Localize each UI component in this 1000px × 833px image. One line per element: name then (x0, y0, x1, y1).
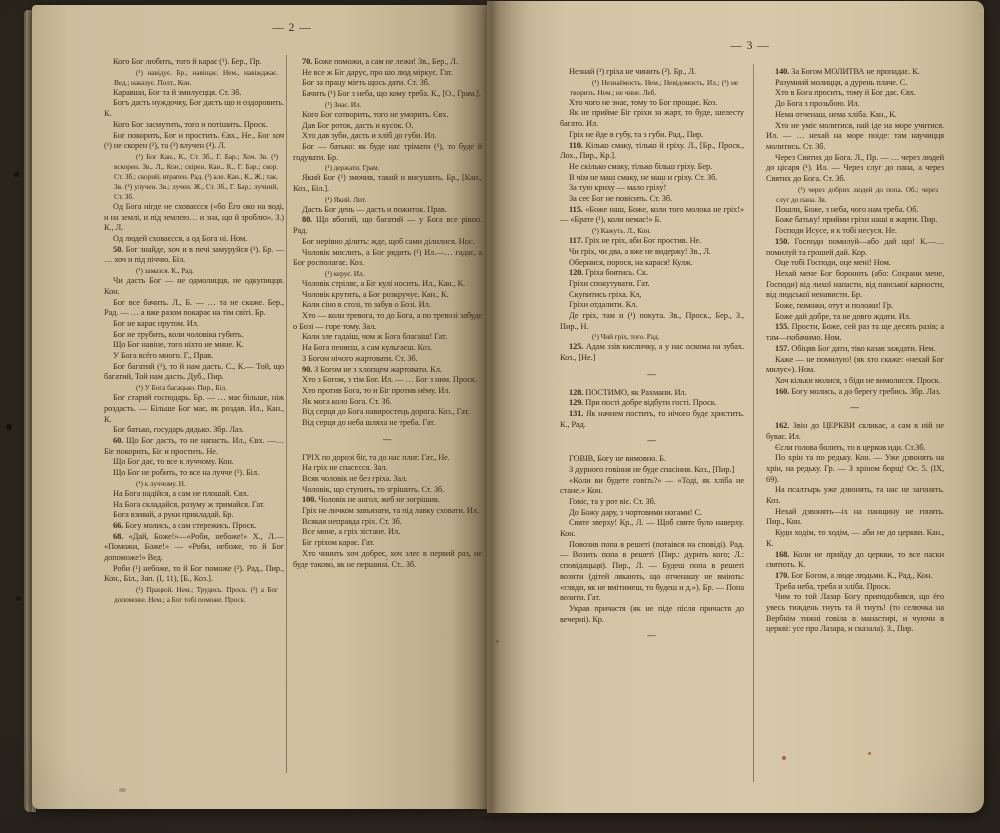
proverb-paragraph: Від серця до неба шляха не треба. Гат. (293, 418, 482, 429)
proverb-paragraph: 170. Бог Богом, а люде людьми. К., Рад.,… (766, 571, 944, 582)
page-number-left: — 2 — (104, 22, 480, 34)
proverb-paragraph: Бачить (¹) Бог з неба, що кому треба. К.… (293, 89, 482, 100)
proverb-paragraph: 129. При пості добре відбути гості. Прос… (560, 398, 744, 409)
proverb-paragraph: За тую криху́ — мало гріху́! (560, 183, 744, 194)
proverb-paragraph: Бог не карає прутом. Ил. (104, 319, 284, 330)
proverb-paragraph: 110. Кілько смаку, тілько й гріху. Л., [… (560, 141, 744, 162)
proverb-paragraph: Бог старий господарь. Бр. — … має більше… (104, 393, 284, 425)
proverb-paragraph: «Коли ви будете говіть?» — «Тоді, як хлі… (560, 476, 744, 497)
proverb-paragraph: Хто не уміє молитися, най іде на море уч… (766, 121, 944, 153)
column-divider-left-page (286, 55, 287, 773)
proverb-paragraph: 68. «Дай, Боже!»—«Роби, небоже!» Х., Л.—… (104, 532, 284, 564)
proverb-paragraph: Роби (¹) небоже, то й Бог поможе (²). Ра… (104, 564, 284, 585)
proverb-paragraph: Чоловік, що ступить, то згрішить. Ст. Зб… (293, 485, 482, 496)
text-column-3: Незнай (¹) гріха не чинить (²). Бр., Л.(… (560, 67, 744, 779)
background-speck (14, 172, 19, 177)
column-divider-right-page (753, 64, 754, 782)
proverb-paragraph: 115. «Боже наш, Боже, коли того молока н… (560, 205, 744, 226)
proverb-paragraph: Каравши, Бог та й змилуєцця. Ст. Зб. (104, 88, 284, 99)
proverb-paragraph: Не все ж Біг дарує, про шо люд міркує. Г… (293, 68, 482, 79)
proverb-paragraph: На гріх не спасесся. Зал. (293, 463, 482, 474)
proverb-paragraph: 162. Звін до ЦЕРКВИ скликає, а сам в ній… (766, 421, 944, 442)
book-spread: — 2 — — 3 — Кого Бог любить, того й кара… (24, 0, 988, 822)
proverb-paragraph: Незнай (¹) гріха не чинить (²). Бр., Л. (560, 67, 744, 78)
proverb-paragraph: Бог — батько: як буде нас трімати (¹), т… (293, 142, 482, 163)
proverb-paragraph: Говіє, та у рот віє. Ст. Зб. (560, 497, 744, 508)
proverb-paragraph: Від серця до Бога навиростець дорога. Ко… (293, 407, 482, 418)
proverb-paragraph: Бог батько, государь дядько. Збр. Лаз. (104, 425, 284, 436)
proverb-paragraph: Чи дасть Бог — не одмолицця, не одкупицц… (104, 276, 284, 297)
proverb-paragraph: Господи Исусе, я к тобі несуся. Не. (766, 226, 944, 237)
proverb-paragraph: 157. Обіцяв Бог дати, тіко казав заждати… (766, 344, 944, 355)
proverb-paragraph: Хто з Богом, з тім Бог. Ил. — … Бог з ни… (293, 375, 482, 386)
proverb-paragraph: Бог за працу міеть щось дати. Ст. Зб. (293, 78, 482, 89)
proverb-paragraph: Нехай дзвонять—іх на панщину не гонять. … (766, 507, 944, 528)
footnote: (¹) замазся. К., Рад. (104, 266, 284, 276)
proverb-paragraph: 90. З Богом не з хлопцем жартовати. Кл. (293, 365, 482, 376)
proverb-paragraph: Гріх не личком завъязати, та під лавку с… (293, 506, 482, 517)
proverb-paragraph: Украв причастя (як не піде після причаст… (560, 604, 744, 625)
proverb-paragraph: 168. Коли не прийду до церкви, то все па… (766, 550, 944, 571)
proverb-paragraph: Боже батьку! прийми гріхи наші в жарти. … (766, 215, 944, 226)
proverb-paragraph: Де гріх, там и (¹) покута. Зв., Проск., … (560, 311, 744, 332)
proverb-paragraph: 160. Богу молись, а до берегу гребись. З… (766, 387, 944, 398)
proverb-paragraph: По хрін та по редьку. Кон. — Уже дзвонят… (766, 453, 944, 485)
proverb-paragraph: Коли зле гадаіш, чом ж Бога благаіш! Гат… (293, 332, 482, 343)
proverb-paragraph: Каже — не помилую! (як хто скаже: «нехай… (766, 355, 944, 376)
proverb-paragraph: Біг гріхом карає. Гат. (293, 538, 482, 549)
proverb-paragraph: 155. Прости, Боже, сей раз та ще десять … (766, 322, 944, 343)
text-column-2: 70. Боже поможи, а сам не лежи! Зв., Бер… (293, 57, 482, 773)
proverb-paragraph: Куди ходім, то ходім, — аби не до церкви… (766, 528, 944, 549)
proverb-paragraph: Що Бог дає, то все к луччому. Кон. (104, 457, 284, 468)
proverb-paragraph: 120. Гріха боятись. Ск. (560, 268, 744, 279)
proverb-paragraph: Кого Бог сотворить, того не уморить. Євх… (293, 110, 482, 121)
footnote: (¹) навідує. Бр.; навіщає. Нем., навіждж… (104, 68, 284, 88)
proverb-paragraph: 131. Як начнем постить, то нічого буде х… (560, 409, 744, 430)
proverb-paragraph: ГРІХ по дорозі біг, та до нас плиг. Гат.… (293, 453, 482, 464)
proverb-paragraph: Бога взивай, а руки прикладай. Бр. (104, 510, 284, 521)
proverb-paragraph: На Бога надійся, а сам не плошай. Євх. (104, 489, 284, 500)
proverb-paragraph: Хто в Бога просить, тому й Бог дає. Євх. (766, 88, 944, 99)
proverb-paragraph: 60. Що Бог дасть, то не напасть. Ил., Єв… (104, 436, 284, 457)
proverb-paragraph: Повозив попа в решеті (потаівся на спові… (560, 540, 744, 604)
proverb-paragraph: Який Бог (¹) змочив, такий и висушить. Б… (293, 173, 482, 194)
proverb-paragraph: Все мине, а гріх зістане. Ил. (293, 527, 482, 538)
proverb-paragraph: Не скілько смаку, тілько більш гріху. Бе… (560, 162, 744, 173)
proverb-paragraph: Хто против Бога, то и Біг против нёму. И… (293, 386, 482, 397)
footnote: (¹) Працюй. Нем.; Трудись. Проск. (²) а … (104, 585, 284, 605)
proverb-paragraph: 117. Гріх не гріх, аби Бог простив. Не. (560, 236, 744, 247)
proverb-paragraph: Гріх не йде в губу, та з губи. Рад., Пир… (560, 130, 744, 141)
proverb-paragraph: Хто — коли тревога, то до Бога, а по тре… (293, 311, 482, 332)
proverb-paragraph: Святе зверху! Кр., Л. — Щоб святе було н… (560, 518, 744, 539)
page-number-right: — 3 — (560, 40, 940, 52)
text-column-1: Кого Бог любить, того й карає (¹). Бер.,… (104, 57, 284, 771)
proverb-paragraph: Хто дав зуби, дасть и хліб до губи. Ил. (293, 131, 482, 142)
proverb-paragraph: 66. Богу молись, а сам стережись. Проск. (104, 521, 284, 532)
proverb-paragraph: На псалтырь уже дзвонять, та нас не заго… (766, 485, 944, 506)
proverb-paragraph: Коли сіно в стозі, то забув о Бозі. Ил. (293, 300, 482, 311)
proverb-paragraph: В чім не маш смаку, не маш и гріху. Ст. … (560, 173, 744, 184)
proverb-paragraph: Всякая неправда гріх. Ст. Зб. (293, 517, 482, 528)
proverb-paragraph: Всяк чоловік не без гріха. Зал. (293, 474, 482, 485)
footnote: (¹) к луччому. Н. (104, 479, 284, 489)
proverb-paragraph: 80. Що вбогий, що багатий — у Бога все р… (293, 215, 482, 236)
footnote: (¹) через добрих людей до попа. Об.; чер… (766, 185, 944, 205)
proverb-paragraph: 140. За Богом МОЛИТВА не пропадає. К. (766, 67, 944, 78)
proverb-paragraph: Що Бог не робить, то все на лучче (¹). Б… (104, 468, 284, 479)
proverb-paragraph: Кого Бог засмутить, того и потішить. Про… (104, 120, 284, 131)
proverb-paragraph: 150. Господи помилуй—або дай що! К.—… по… (766, 237, 944, 258)
section-divider: — (560, 631, 744, 642)
footnote: (¹) керує. Ил. (293, 269, 482, 279)
proverb-paragraph: Гріхи спокутувати. Гат. (560, 279, 744, 290)
proverb-paragraph: Хоч кільки молися, з біди не вимолисся. … (766, 376, 944, 387)
proverb-paragraph: Бог багатий (¹), то й нам дасть. С., К.—… (104, 362, 284, 383)
proverb-paragraph: До Бога з прозьбою. Ил. (766, 99, 944, 110)
proverb-paragraph: 128. ПОСТИМО, як Рахмани. Ил. (560, 388, 744, 399)
proverb-paragraph: Як мога коло Бога. Ст. Зб. (293, 397, 482, 408)
proverb-paragraph: Скупитись гріха. Кл, (560, 290, 744, 301)
proverb-paragraph: Чоловік стріляє, а Біг кулі носить. Ил.,… (293, 279, 482, 290)
proverb-paragraph: На Бога складайся, розуму ж тримайся. Га… (104, 500, 284, 511)
proverb-paragraph: На Бога пеняєш, а сам кульгаєш. Коз. (293, 343, 482, 354)
footnote: (¹) Кажуть. Л., Кон. (560, 226, 744, 236)
proverb-paragraph: Пошли, Боже, з неба, чого нам треба. Об. (766, 205, 944, 216)
proverb-paragraph: До Божу дару, з чортовими ногами! С. (560, 508, 744, 519)
section-divider: — (560, 370, 744, 381)
footnote: (¹) Чий гріх, того. Рад. (560, 332, 744, 342)
proverb-paragraph: Що Бог навіне, того ніхто не мине. К. (104, 340, 284, 351)
proverb-paragraph: Бог все бачить. Л., Б. — … та не скаже. … (104, 298, 284, 319)
proverb-paragraph: Бог не трубить, коли чоловіка губить. (104, 330, 284, 341)
proverb-paragraph: Єсли голова болить, то в церков иди. Ст.… (766, 443, 944, 454)
proverb-paragraph: Чоловік мислить, а Бог рядить (¹) Ил.—… … (293, 248, 482, 269)
footnote: (¹) Знає. Ил. (293, 100, 482, 110)
proverb-paragraph: Од людей сховаєсся, а од Бога ні. Ном. (104, 234, 284, 245)
proverb-paragraph: Дасть Бог день — дасть и пожиток. Прав. (293, 205, 482, 216)
footnote: (¹) Який. Лит. (293, 195, 482, 205)
proverb-paragraph: Нехай мене Бог боронить (або: Сохрани ме… (766, 269, 944, 301)
proverb-paragraph: Боже дай добре, та не довго ждати. Ил. (766, 312, 944, 323)
footnote: (¹) Незнаёмость. Нем.; Невідомость, Ил.;… (560, 78, 744, 98)
proverb-paragraph: Бог нерівно ділить: жде, щоб сами ділили… (293, 237, 482, 248)
footnote: (¹) Бог Кан., К., Ст. Зб., Г. Бар.; Хоч.… (104, 152, 284, 202)
background-speck (16, 596, 21, 601)
proverb-paragraph: Богъ дасть нуждочку, Бог дасть що и оздо… (104, 98, 284, 119)
proverb-paragraph: Чим то той Лазар Богу приподобився, що ё… (766, 592, 944, 635)
proverb-paragraph: З Богом нічого жартовати. Ст. Зб. (293, 354, 482, 365)
section-divider: — (766, 403, 944, 414)
proverb-paragraph: Бог покорить, Бог и простить. Євх., Не.,… (104, 131, 284, 152)
proverb-paragraph: ГОВІВ, Богу не вимовно. Б. (560, 454, 744, 465)
proverb-paragraph: 50. Бог знайде, хоч и в печі замуруйся (… (104, 245, 284, 266)
proverb-paragraph: Нема отченаш, нема хліба. Кан., К. (766, 110, 944, 121)
proverb-paragraph: Чоловік крутить, а Бог розкручує. Кан., … (293, 290, 482, 301)
proverb-paragraph: За сеє Бог не повісить. Ст. Зб. (560, 194, 744, 205)
proverb-paragraph: Треба неба, треба и хліба. Проск. (766, 582, 944, 593)
proverb-paragraph: Оце тобі Господи, оце мені! Ном. (766, 258, 944, 269)
proverb-paragraph: 100. Чоловік не ангол, жеб не зогрішив. (293, 495, 482, 506)
section-divider: — (560, 436, 744, 447)
proverb-paragraph: У Бога всёго много. Г., Прав. (104, 351, 284, 362)
footnote: (¹) держати. Грам. (293, 163, 482, 173)
proverb-paragraph: 125. Адам ззів кисличку, а у нас оскома … (560, 342, 744, 363)
proverb-paragraph: Хто чого не знає, тому то Бог прощає. Ко… (560, 98, 744, 109)
proverb-paragraph: Чи гріх, чи два, а вже не видержу! Зв., … (560, 247, 744, 258)
proverb-paragraph: Од Бога нігде не сховаєсся («бо Ёго око … (104, 202, 284, 234)
proverb-paragraph: Як не прийме Біг гріхи за жарт, то буде,… (560, 108, 744, 129)
proverb-paragraph: З дурного говіння не буде спасіння. Коз.… (560, 465, 744, 476)
footnote: (¹) У Бога багацько. Пир., Біл. (104, 383, 284, 393)
proverb-paragraph: Боже, поможи, отут и положи! Гр. (766, 301, 944, 312)
proverb-paragraph: 70. Боже поможи, а сам не лежи! Зв., Бер… (293, 57, 482, 68)
proverb-paragraph: Разумний молицця, а дурень плаче. С. (766, 78, 944, 89)
proverb-paragraph: Дав Бог роток, дасть и кусок. О. (293, 121, 482, 132)
proverb-paragraph: Гріхи отдалити. Кл. (560, 300, 744, 311)
background-speck (6, 424, 12, 430)
proverb-paragraph: Хто чинить хоч добреє, хоч злеє в первий… (293, 549, 482, 570)
section-divider: — (293, 435, 482, 446)
proverb-paragraph: Кого Бог любить, того й карає (¹). Бер.,… (104, 57, 284, 68)
proverb-paragraph: Обернися, порося, на карася! Кулж. (560, 258, 744, 269)
proverb-paragraph: Через Святих до Бога. Л., Пр. — … через … (766, 153, 944, 185)
text-column-4: 140. За Богом МОЛИТВА не пропадає. К.Раз… (766, 67, 944, 779)
